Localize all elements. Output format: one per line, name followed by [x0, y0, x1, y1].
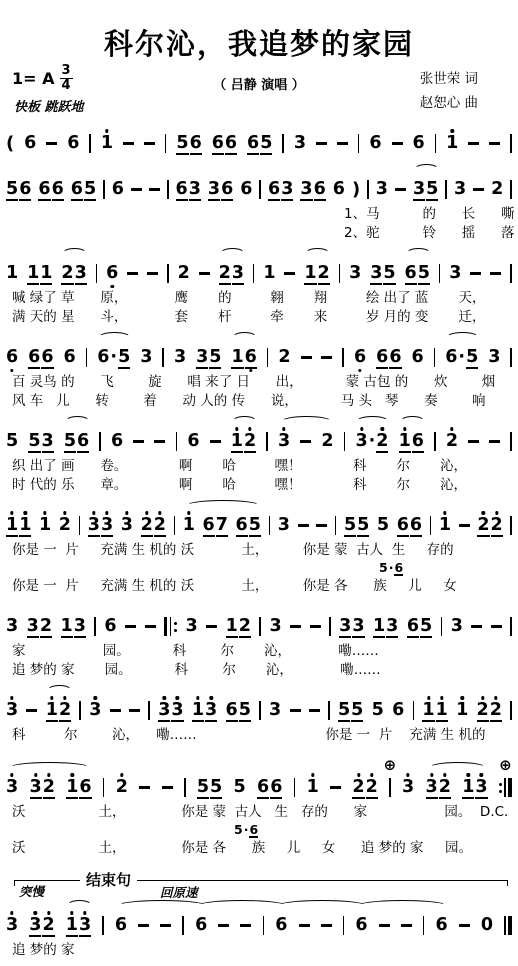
note: 6 [412, 128, 424, 159]
octave-dot-below [109, 636, 113, 642]
octave-dot-above [180, 174, 184, 180]
octave-dot-below [427, 720, 431, 726]
octave-dot-above [282, 510, 286, 516]
bar-stroke [103, 778, 105, 797]
octave-dot-below [253, 535, 257, 541]
score-line: 66666·5333516266666·53百 灵鸟 的 飞 旋 唱 来了 日 … [6, 330, 512, 411]
octave-dot-below [196, 720, 200, 726]
octave-dot-above [377, 611, 381, 617]
note: 1 [6, 510, 18, 541]
note-group: 32 [27, 611, 52, 642]
note-digit: 3 [158, 701, 170, 720]
bar-stroke [504, 916, 506, 935]
octave-dot-below [414, 535, 418, 541]
note-group: 63 [268, 174, 293, 205]
note: 3 [171, 695, 183, 726]
note: 2 [376, 426, 388, 457]
note: 3 [449, 258, 461, 289]
note-group: 22 [477, 510, 502, 541]
octave-dot-below [264, 153, 268, 159]
barline [510, 264, 512, 283]
bar-stroke [344, 432, 346, 451]
octave-dot-below [43, 535, 47, 541]
bar-stroke [430, 516, 432, 535]
octave-dot-below [359, 935, 363, 941]
note-digit: 6 [445, 348, 457, 367]
bar-stroke [103, 180, 105, 199]
octave-dot-below [10, 199, 14, 205]
octave-dot-above [417, 174, 421, 180]
slur-arc [305, 248, 330, 259]
octave-dot-below [70, 935, 74, 941]
final-barline [504, 916, 511, 935]
note-digit: 5 [357, 516, 369, 535]
bar-stroke [441, 617, 443, 636]
note-digit: 3 [189, 180, 201, 199]
bar-stroke [79, 516, 81, 535]
note-digit: 6 [41, 348, 53, 367]
note-digit: 6 [412, 432, 424, 451]
note-digit: 2 [376, 432, 388, 451]
note: 1 [231, 426, 243, 457]
octave-dot-below [213, 367, 217, 373]
octave-dot-below [249, 367, 253, 373]
sheet-music-page: 科尔沁，我追梦的家园 （ 吕静 演唱 ） 1= A 3 4 快板 跳跃地 张世荣… [0, 0, 518, 966]
note: 2 [318, 258, 330, 289]
note-group [301, 356, 312, 373]
note-digit: 6 [412, 134, 424, 153]
barline [103, 180, 105, 199]
note: 6 [212, 128, 224, 159]
barline [510, 617, 512, 636]
note-group [321, 924, 332, 941]
note: 1 [101, 128, 113, 159]
dash-note [330, 786, 341, 789]
octave-dot-above [348, 510, 352, 516]
note: 6 [52, 174, 64, 205]
octave-dot-below [115, 451, 119, 457]
bar-stroke [102, 916, 104, 935]
note: 6 [268, 174, 280, 205]
lyrics-row: 2、驼 铃 摇 落 [6, 224, 512, 243]
note-group: 12 [46, 695, 71, 726]
note-group: 16 [399, 426, 424, 457]
note: 6 [412, 426, 424, 457]
octave-dot-below [10, 720, 14, 726]
octave-dot-below [101, 367, 105, 373]
octave-dot-below [75, 199, 79, 205]
octave-dot-below [32, 451, 36, 457]
octave-dot-below [422, 283, 426, 289]
note-digit: 3 [281, 180, 293, 199]
note-group [240, 924, 251, 941]
note: 3 [6, 772, 18, 803]
dash-note [300, 440, 311, 443]
score: (661566665366156666566336663366)335321、马… [0, 116, 518, 960]
octave-dot-above [10, 611, 14, 617]
note-digit: 6 [190, 134, 202, 153]
note: 6 [236, 510, 248, 541]
note: 1 [61, 611, 73, 642]
note-group: 6 [354, 342, 366, 373]
barline [267, 348, 269, 367]
bar-stroke [510, 264, 512, 283]
note-row: 11123332216765355566122 [6, 498, 512, 541]
octave-dot-above [45, 342, 49, 348]
note: 6 [221, 174, 233, 205]
note: 6 [195, 910, 207, 941]
note-digit: 3 [171, 701, 183, 720]
octave-dot-above [381, 558, 385, 561]
dash-note [301, 356, 312, 359]
note: 3 [6, 910, 18, 941]
note: 1 [307, 772, 319, 803]
octave-dot-above [47, 910, 51, 916]
octave-dot-below [83, 797, 87, 803]
octave-dot-below [225, 199, 229, 205]
octave-dot-above [31, 611, 35, 617]
note-group: 6 [392, 695, 404, 726]
note-group: 65 [71, 174, 96, 205]
note: 3 [294, 128, 306, 159]
barline [184, 778, 186, 797]
note-digit: 6 [24, 134, 36, 153]
note-group [321, 356, 332, 373]
note-digit: 2 [321, 432, 333, 451]
note: 1 [66, 910, 78, 941]
note-digit: 1 [462, 778, 474, 797]
note-group: 56 [64, 426, 89, 457]
note-digit: 2 [40, 617, 52, 636]
note: 5 [338, 695, 350, 726]
ossia-notes: 5·6 [6, 822, 512, 839]
note-group: 23 [61, 258, 86, 289]
octave-dot-below [272, 199, 276, 205]
octave-dot-above [376, 695, 380, 701]
octave-dot-below [209, 720, 213, 726]
barline [269, 516, 271, 535]
dash-note [468, 142, 479, 145]
note: 3 [185, 611, 197, 642]
note: 2 [59, 510, 71, 541]
barline [102, 916, 104, 935]
note: 3 [376, 174, 388, 205]
note-group: 3 [451, 611, 463, 642]
octave-dot-above [440, 910, 444, 916]
slur-arc [406, 248, 431, 259]
note-group [468, 142, 479, 159]
octave-dot-below [81, 451, 85, 457]
dash-note [459, 524, 470, 527]
barline [510, 701, 512, 720]
note-row: 111236223112335653 [6, 246, 512, 289]
note-digit: 2 [116, 778, 128, 797]
note: 6 [71, 174, 83, 205]
octave-dot-below [374, 153, 378, 159]
note: 2 [178, 258, 190, 289]
barline [96, 264, 98, 283]
octave-dot-below [243, 636, 247, 642]
bar-stroke [162, 348, 164, 367]
note-group: 1 [446, 128, 458, 159]
octave-dot-below [342, 720, 346, 726]
dash-note [284, 272, 295, 275]
octave-dot-above [101, 342, 105, 348]
note: 2 [491, 174, 503, 205]
barline [79, 701, 81, 720]
dash-note [337, 142, 348, 145]
octave-dot-below [10, 451, 14, 457]
note-digit: 5 [197, 778, 209, 797]
octave-dot-below [481, 720, 485, 726]
barline [358, 134, 360, 153]
tempo-marking: 快板 跳跃地 [14, 96, 84, 115]
octave-dot-above [430, 772, 434, 778]
octave-dot-below [31, 283, 35, 289]
note-digit: 5 [84, 180, 96, 199]
note-group: 65 [226, 695, 251, 726]
note: 6 [392, 695, 404, 726]
barline [99, 432, 101, 451]
octave-dot-below [88, 199, 92, 205]
dash-note [139, 786, 150, 789]
octave-dot-above [374, 258, 378, 264]
note: 3 [205, 695, 217, 726]
note-digit: 3 [74, 617, 86, 636]
note-digit: 1 [46, 701, 58, 720]
octave-dot-above [416, 426, 420, 432]
note: 5 [6, 174, 18, 205]
octave-dot-below [238, 797, 242, 803]
note-digit: 3 [140, 348, 152, 367]
note-digit: 5 [351, 701, 363, 720]
octave-dot-below [187, 535, 191, 541]
dash-note [149, 188, 160, 191]
dash-note [144, 142, 155, 145]
octave-dot-above [481, 510, 485, 516]
dash-note [290, 625, 301, 628]
octave-dot-below [235, 451, 239, 457]
bar-stroke [435, 134, 437, 153]
octave-dot-below [417, 199, 421, 205]
octave-dot-below [355, 720, 359, 726]
barline [263, 916, 265, 935]
note-group: 55 [344, 510, 369, 541]
note: 5 [6, 426, 18, 457]
octave-dot-below [495, 535, 499, 541]
octave-dot-below [230, 636, 234, 642]
note: 5 [176, 128, 188, 159]
octave-dot-below [401, 535, 405, 541]
note: 2 [154, 510, 166, 541]
octave-dot-below [223, 283, 227, 289]
octave-dot-above [355, 695, 359, 701]
note-group: 22 [477, 695, 502, 726]
note-group: 6 [111, 426, 123, 457]
note-digit: 6 [52, 180, 64, 199]
octave-dot-above [248, 426, 252, 432]
octave-dot-below [23, 199, 27, 205]
octave-dot-below [236, 367, 240, 373]
octave-dot-above [450, 128, 454, 134]
note: 3 [208, 174, 220, 205]
octave-dot-above [216, 128, 220, 134]
note: 3 [74, 611, 86, 642]
note-group: 65 [405, 258, 430, 289]
octave-dot-above [481, 695, 485, 701]
octave-dot-above [389, 558, 393, 561]
phrase-paren-close: ) [352, 180, 360, 199]
note-digit: 6 [104, 617, 116, 636]
note-group [401, 924, 412, 941]
note-group: 3 [269, 611, 281, 642]
octave-dot-above [238, 772, 242, 778]
note: 5 [239, 695, 251, 726]
octave-dot-above [75, 174, 79, 180]
octave-dot-below [28, 153, 32, 159]
note-digit: 1 [231, 432, 243, 451]
note: 6 [314, 174, 326, 205]
octave-dot-above [201, 772, 205, 778]
note-group: 5 [377, 510, 389, 541]
octave-dot-above [318, 174, 322, 180]
note: 7 [216, 510, 228, 541]
note-digit: 2 [490, 701, 502, 720]
meter-numerator: 3 [60, 64, 73, 79]
note: · [458, 342, 465, 373]
note: 3 [349, 258, 361, 289]
octave-dot-above [495, 174, 499, 180]
octave-dot-below [460, 367, 464, 373]
note-group: 1 [263, 258, 275, 289]
note-group: 16 [231, 342, 256, 373]
octave-dot-above [79, 258, 83, 264]
note: 5 [351, 695, 363, 726]
octave-dot-above [388, 258, 392, 264]
bar-stroke [434, 348, 436, 367]
note: 5 [260, 128, 272, 159]
barline [165, 134, 167, 153]
octave-dot-below [417, 153, 421, 159]
note-digit: 1 [226, 617, 238, 636]
bar-stroke [184, 778, 186, 797]
note-group [298, 524, 309, 541]
note: 2 [42, 910, 54, 941]
octave-dot-below [274, 797, 278, 803]
octave-dot-below [443, 797, 447, 803]
barline [162, 348, 164, 367]
note-digit: 3 [352, 617, 364, 636]
note-digit: 1 [231, 348, 243, 367]
octave-dot-below [481, 535, 485, 541]
note-digit: 5 [338, 701, 350, 720]
note-group: 13 [373, 611, 398, 642]
barline [259, 701, 261, 720]
note-digit: 1 [27, 264, 39, 283]
octave-dot-above [182, 258, 186, 264]
note-group: 53 [28, 426, 53, 457]
octave-dot-above [396, 695, 400, 701]
note: 2 [116, 772, 128, 803]
note-digit: 2 [366, 778, 378, 797]
octave-dot-below [440, 720, 444, 726]
note-group: 6 [187, 426, 199, 457]
octave-dot-above [199, 910, 203, 916]
note-digit: 2 [43, 778, 55, 797]
lyrics-row: 你是 一 片 充满 生 机的 沃 土， 你是 蒙 古人 生 存的 [6, 541, 512, 560]
note-digit: 1 [61, 617, 73, 636]
bar-stroke [510, 617, 512, 636]
note-group [459, 524, 470, 541]
slur-arc [9, 762, 90, 773]
octave-dot-below [201, 797, 205, 803]
note-group: 3 [6, 695, 18, 726]
octave-dot-below [282, 367, 286, 373]
note: 5 [379, 558, 388, 577]
octave-dot-above [10, 342, 14, 348]
note-digit: 3 [101, 516, 113, 535]
octave-dot-below [122, 367, 126, 373]
note: 6 [249, 820, 258, 839]
note: 3 [140, 342, 152, 373]
octave-dot-below [65, 283, 69, 289]
note-digit: 1 [6, 264, 18, 283]
note-group: 2 [278, 342, 290, 373]
note-group: 33 [158, 695, 183, 726]
octave-dot-below [56, 199, 60, 205]
note-group: 13 [462, 772, 487, 803]
octave-dot-below [370, 797, 374, 803]
octave-dot-below [175, 720, 179, 726]
note-group [489, 440, 500, 457]
note-group: 23 [219, 258, 244, 289]
barline [103, 778, 105, 797]
barline [86, 348, 88, 367]
note-group: 3 [6, 611, 18, 642]
note-digit: 3 [269, 701, 281, 720]
note-digit: 5 [377, 516, 389, 535]
note-group [392, 142, 403, 159]
octave-dot-above [10, 772, 14, 778]
barline [342, 348, 344, 367]
bar-stroke [339, 264, 341, 283]
note-group: 3 [6, 910, 18, 941]
note: 3 [278, 510, 290, 541]
note: 6 [41, 342, 53, 373]
barline [413, 701, 415, 720]
lyrics-row: 你是 一 片 充满 生 机的 沃 土， 你是 各 族 儿 女 [6, 577, 512, 596]
note: 6 [257, 772, 269, 803]
slur-arc [232, 416, 257, 427]
note-digit: 2 [477, 516, 489, 535]
dash-note [145, 625, 156, 628]
note: 3 [451, 611, 463, 642]
note: 1 [19, 510, 31, 541]
note: 3 [189, 174, 201, 205]
note: 2 [219, 258, 231, 289]
dash-note [489, 440, 500, 443]
dash-note [133, 440, 144, 443]
octave-dot-above [279, 910, 283, 916]
octave-dot-above [50, 695, 54, 701]
octave-dot-above [380, 342, 384, 348]
repeat-dots [174, 617, 177, 636]
barline [441, 617, 443, 636]
note: 3 [339, 611, 351, 642]
octave-dot-below [440, 935, 444, 941]
note-digit: 6 [97, 348, 109, 367]
octave-dot-below [243, 720, 247, 726]
